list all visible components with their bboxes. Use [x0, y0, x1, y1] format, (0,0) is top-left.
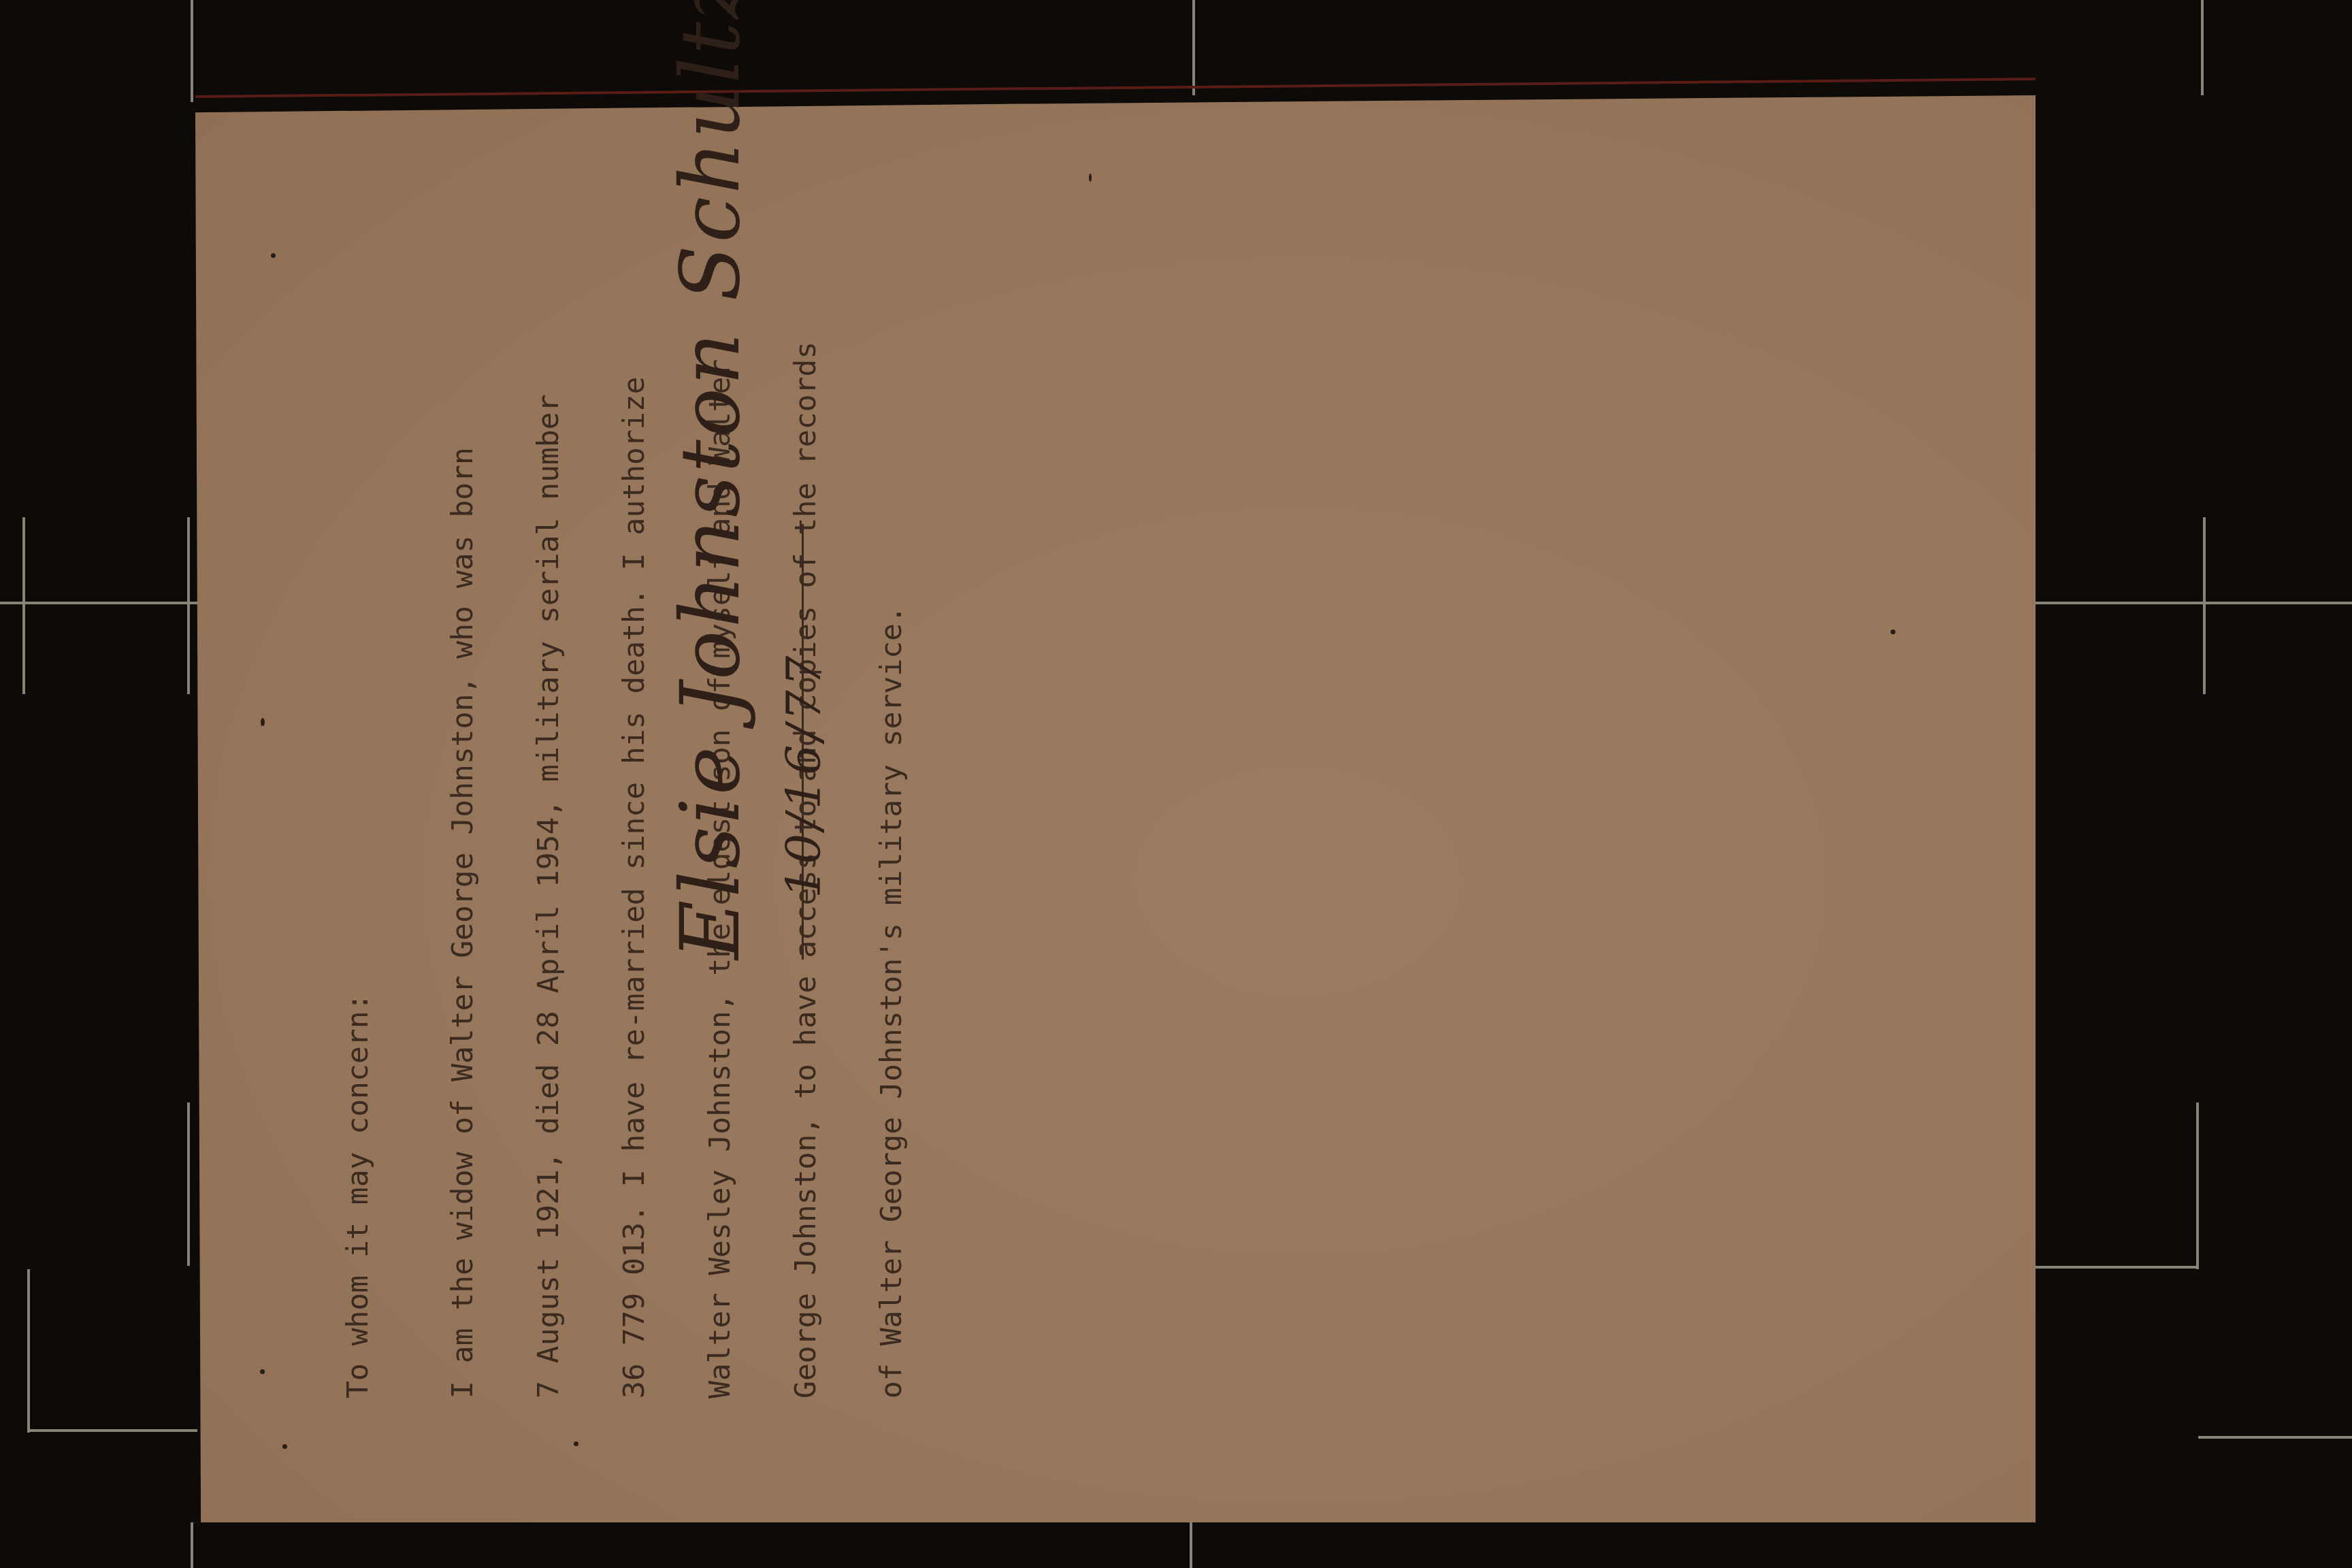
paper-speck — [260, 1369, 265, 1374]
grid-line — [27, 1429, 197, 1432]
body-line: I am the widow of Walter George Johnston… — [448, 342, 477, 1399]
grid-line — [187, 1102, 190, 1266]
paper-speck — [574, 1441, 578, 1446]
paper-speck — [261, 718, 265, 726]
body-line: 7 August 1921, died 28 April 1954, milit… — [534, 342, 563, 1399]
paper-speck — [1891, 630, 1895, 634]
body-line: of Walter George Johnston's military ser… — [877, 342, 906, 1399]
grid-line — [2036, 602, 2352, 604]
paper-speck — [271, 253, 276, 258]
paper-top-edge — [195, 78, 2036, 98]
paper-speck — [1089, 174, 1092, 182]
grid-line — [2036, 1266, 2199, 1269]
grid-line — [1192, 0, 1195, 95]
grid-line — [2201, 0, 2204, 95]
paper-speck — [282, 1444, 287, 1449]
grid-line — [2196, 1102, 2199, 1269]
grid-line — [187, 517, 190, 694]
grid-line — [22, 517, 25, 694]
salutation: To whom it may concern: — [344, 994, 372, 1399]
grid-line — [2203, 517, 2206, 694]
grid-line — [2198, 1436, 2352, 1439]
handwritten-date: 10/16/77 — [776, 652, 832, 898]
grid-line — [27, 1269, 30, 1433]
grid-line — [191, 0, 193, 102]
handwritten-signature: Elsie Johnston Schultz — [664, 0, 758, 960]
body-line: 36 779 013. I have re-married since his … — [620, 342, 649, 1399]
grid-line — [191, 1522, 193, 1568]
grid-line — [1190, 1522, 1192, 1568]
letter-body: I am the widow of Walter George Johnston… — [391, 342, 934, 1399]
grid-line — [0, 602, 197, 604]
